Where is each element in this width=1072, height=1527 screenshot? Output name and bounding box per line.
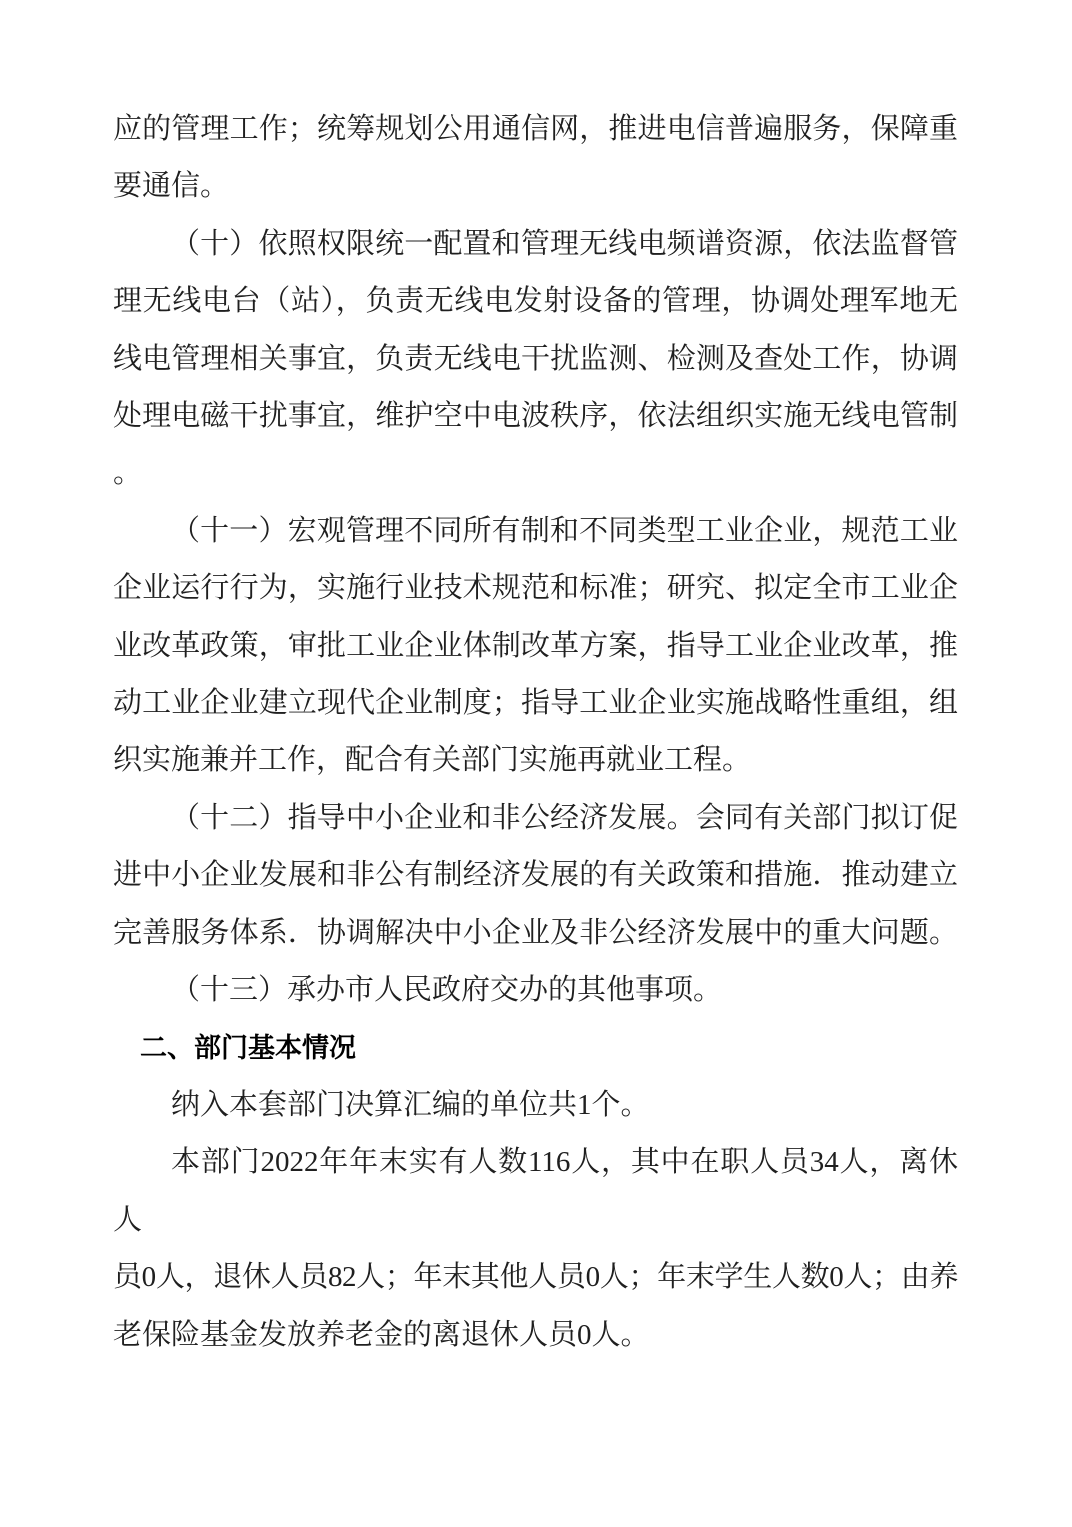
text-line: 线电管理相关事宜，负责无线电干扰监测、检测及查处工作，协调 xyxy=(113,331,958,388)
text-line: 处理电磁干扰事宜，维护空中电波秩序，依法组织实施无线电管制 xyxy=(113,388,958,445)
paragraph: （十）依照权限统一配置和管理无线电频谱资源，依法监督管理无线电台（站），负责无线… xyxy=(113,216,958,503)
text-line: 完善服务体系．协调解决中小企业及非公经济发展中的重大问题。 xyxy=(113,905,958,962)
paragraph: （十二）指导中小企业和非公经济发展。会同有关部门拟订促进中小企业发展和非公有制经… xyxy=(113,790,958,962)
text-line: 。 xyxy=(113,445,958,502)
text-line: 应的管理工作；统筹规划公用通信网，推进电信普遍服务，保障重 xyxy=(113,101,958,158)
text-line: 业改革政策，审批工业企业体制改革方案，指导工业企业改革，推 xyxy=(113,618,958,675)
text-line: （十三）承办市人民政府交办的其他事项。 xyxy=(113,962,958,1019)
text-line: （十一）宏观管理不同所有制和不同类型工业企业，规范工业 xyxy=(113,503,958,560)
paragraph: 本部门2022年年末实有人数116人，其中在职人员34人，离休人员0人，退休人员… xyxy=(113,1134,958,1364)
text-line: 动工业企业建立现代企业制度；指导工业企业实施战略性重组，组 xyxy=(113,675,958,732)
paragraph: 纳入本套部门决算汇编的单位共1个。 xyxy=(113,1077,958,1134)
text-line: 企业运行行为，实施行业技术规范和标准；研究、拟定全市工业企 xyxy=(113,560,958,617)
section-heading: 二、部门基本情况 xyxy=(140,1020,958,1077)
document-page: 应的管理工作；统筹规划公用通信网，推进电信普遍服务，保障重要通信。（十）依照权限… xyxy=(0,0,1072,1527)
text-line: （十）依照权限统一配置和管理无线电频谱资源，依法监督管 xyxy=(113,216,958,273)
paragraph: （十三）承办市人民政府交办的其他事项。 xyxy=(113,962,958,1019)
text-line: 员0人，退休人员82人；年末其他人员0人；年末学生人数0人；由养 xyxy=(113,1249,958,1306)
text-line: 要通信。 xyxy=(113,158,958,215)
text-line: 理无线电台（站），负责无线电发射设备的管理，协调处理军地无 xyxy=(113,273,958,330)
text-line: （十二）指导中小企业和非公经济发展。会同有关部门拟订促 xyxy=(113,790,958,847)
paragraph: 应的管理工作；统筹规划公用通信网，推进电信普遍服务，保障重要通信。 xyxy=(113,101,958,216)
paragraph: （十一）宏观管理不同所有制和不同类型工业企业，规范工业企业运行行为，实施行业技术… xyxy=(113,503,958,790)
text-line: 老保险基金发放养老金的离退休人员0人。 xyxy=(113,1307,958,1364)
text-line: 本部门2022年年末实有人数116人，其中在职人员34人，离休人 xyxy=(113,1134,958,1249)
text-line: 纳入本套部门决算汇编的单位共1个。 xyxy=(113,1077,958,1134)
text-line: 织实施兼并工作，配合有关部门实施再就业工程。 xyxy=(113,732,958,789)
text-line: 进中小企业发展和非公有制经济发展的有关政策和措施．推动建立 xyxy=(113,847,958,904)
